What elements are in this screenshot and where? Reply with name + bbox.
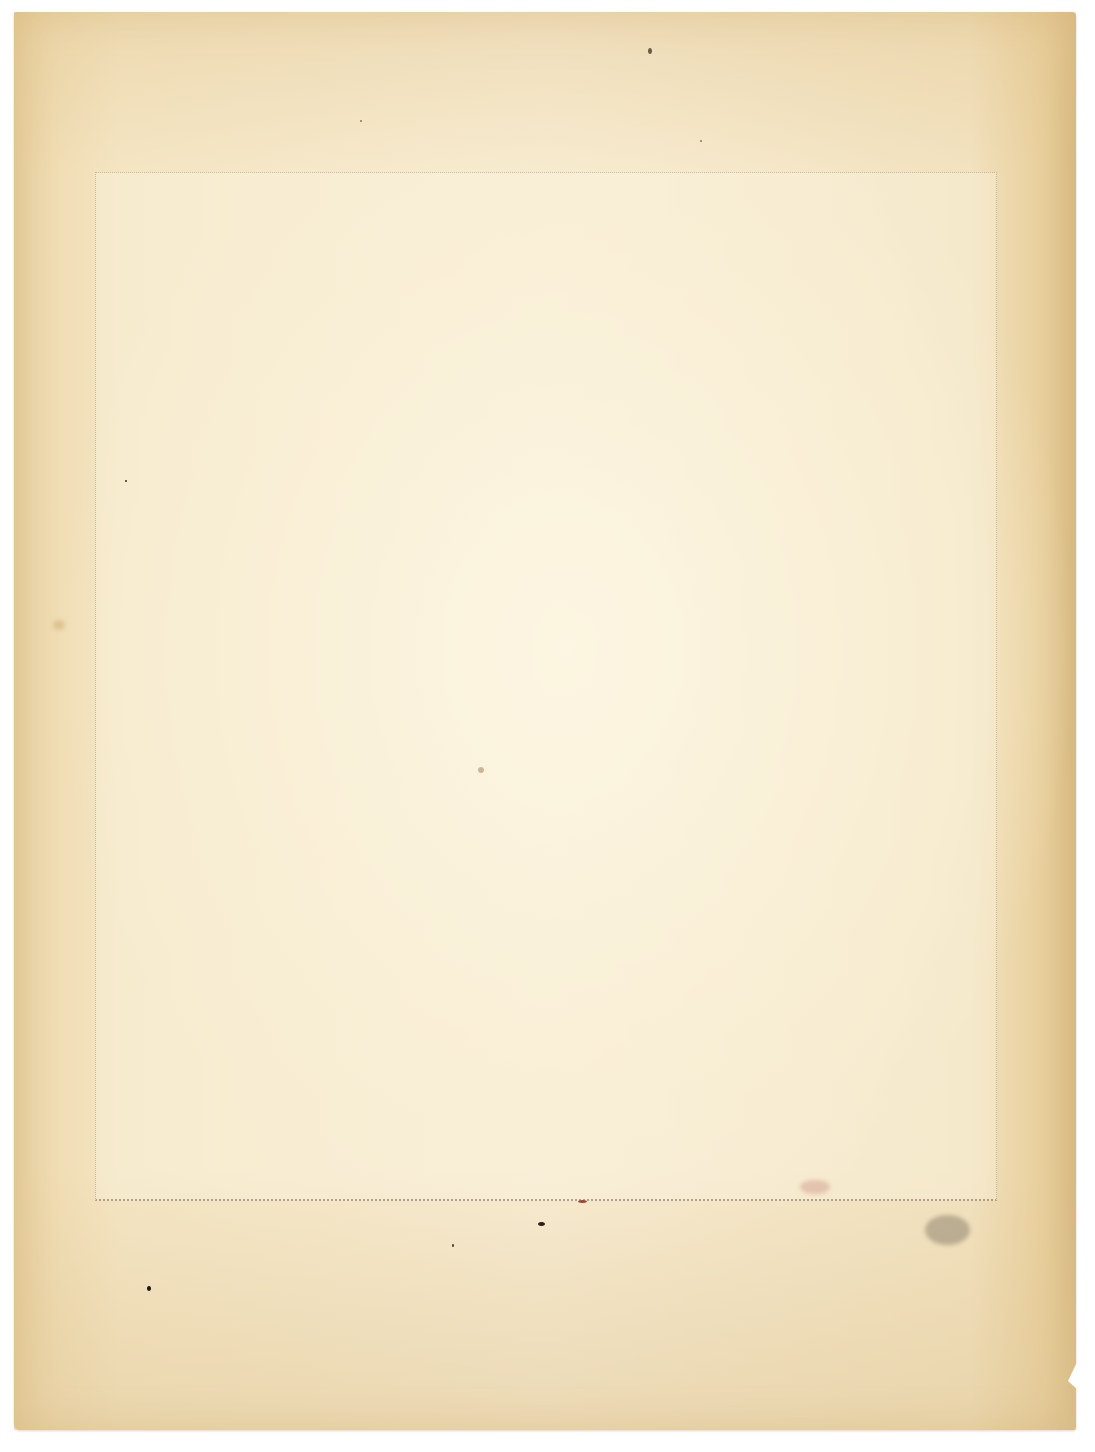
bottom-discoloration (14, 1170, 1076, 1430)
top-discoloration (14, 12, 1076, 172)
paper-sheet (14, 12, 1076, 1430)
plate-mark-border (95, 172, 997, 1201)
